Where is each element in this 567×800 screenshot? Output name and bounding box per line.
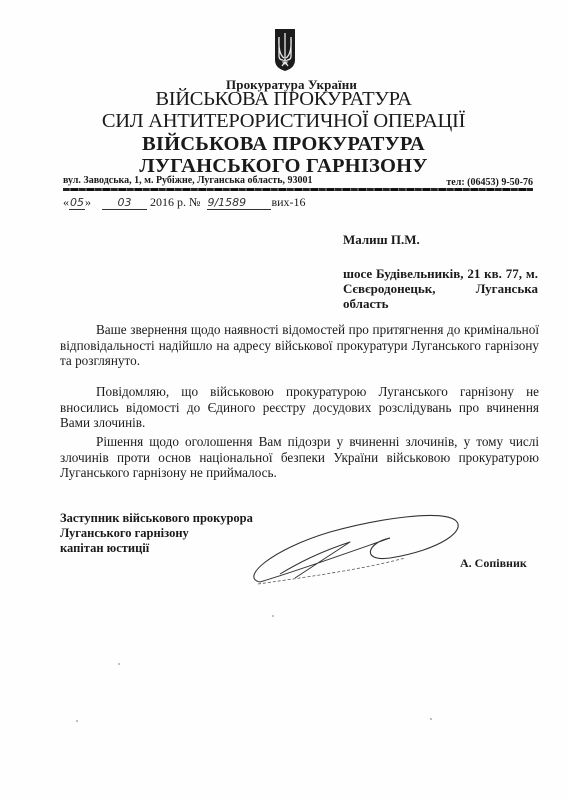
- scan-speck: [76, 720, 78, 722]
- close-quote: »: [85, 195, 91, 210]
- scan-speck: [272, 615, 274, 617]
- trident-emblem-icon: [274, 28, 296, 72]
- paragraph-1: Ваше звернення щодо наявності відомостей…: [60, 322, 539, 369]
- registration-year: 2016 р. №: [150, 195, 200, 210]
- registration-number: 9/1589: [207, 196, 271, 210]
- registration-month: 03: [102, 196, 147, 210]
- header-military-prosecutor-bold: ВІЙСЬКОВА ПРОКУРАТУРА: [0, 133, 567, 156]
- registration-line: «05» 03 2016 р. № 9/1589вих-16: [63, 195, 306, 213]
- signatory-title-line1: Заступник військового прокурора: [60, 511, 253, 526]
- header-ato-forces: СИЛ АНТИТЕРОРИСТИЧНОЇ ОПЕРАЦІЇ: [0, 110, 567, 133]
- signatory-title: Заступник військового прокурора Луганськ…: [60, 511, 253, 556]
- paragraph-3: Рішення щодо оголошення Вам підозри у вч…: [60, 434, 539, 481]
- paragraph-text: Ваше звернення щодо наявності відомостей…: [60, 322, 539, 369]
- header-divider: [63, 188, 533, 191]
- recipient-name: Малиш П.М.: [343, 232, 420, 248]
- office-phone: тел: (06453) 9-50-76: [446, 177, 533, 188]
- letter-page: Прокуратура України ВІЙСЬКОВА ПРОКУРАТУР…: [0, 0, 567, 800]
- paragraph-text: Повідомляю, що військовою прокуратурою Л…: [60, 384, 539, 431]
- header-military-prosecutor: ВІЙСЬКОВА ПРОКУРАТУРА: [0, 88, 567, 111]
- handwritten-signature-icon: [240, 500, 470, 600]
- recipient-address: шосе Будівельників, 21 кв. 77, м. Сєвєро…: [343, 266, 538, 311]
- paragraph-text: Рішення щодо оголошення Вам підозри у вч…: [60, 434, 539, 481]
- office-address: вул. Заводська, 1, м. Рубіжне, Луганська…: [63, 175, 313, 186]
- paragraph-2: Повідомляю, що військовою прокуратурою Л…: [60, 384, 539, 431]
- signatory-title-line3: капітан юстиції: [60, 541, 253, 556]
- scan-speck: [430, 718, 432, 720]
- signatory-name: А. Сопівник: [460, 556, 527, 571]
- signatory-title-line2: Луганського гарнізону: [60, 526, 253, 541]
- registration-suffix: вих-16: [271, 195, 305, 210]
- scan-speck: [118, 663, 120, 665]
- registration-day: 05: [69, 196, 85, 210]
